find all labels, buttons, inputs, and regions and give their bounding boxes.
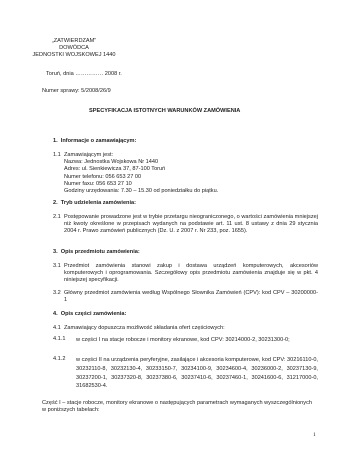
contact-hours: Godziny urzędowania: 7.30 – 15.30 od pon… <box>64 188 218 195</box>
paragraph-num-4-1-2: 4.1.2 <box>53 356 65 363</box>
paragraph-num-3-1: 3.1 <box>53 263 61 270</box>
section-heading-2: 2. Tryb udzielenia zamówienia: <box>53 200 136 207</box>
section-heading-1: 1. Informacje o zamawiającym: <box>53 138 136 145</box>
paragraph-num-3-2: 3.2 <box>53 290 61 297</box>
case-number: Numer sprawy: 5/2008/26/9 <box>42 88 111 95</box>
paragraph-2-1: Postępowanie prowadzone jest w trybie pr… <box>64 214 318 236</box>
paragraph-3-1: Przedmiot zamówienia stanowi zakup i dos… <box>64 263 318 285</box>
contact-name: Nazwa: Jednostka Wojskowa Nr 1440 <box>64 159 218 166</box>
approval-block: „ZATWIERDZAM” DOWÓDCA JEDNOSTKI WOJSKOWE… <box>30 38 118 60</box>
place-date: Toruń, dnia …………… 2008 r. <box>46 71 122 78</box>
contact-line: Zamawiającym jest: <box>64 152 218 159</box>
part-1-intro: Część I – stacje robocze, monitory ekran… <box>42 400 312 414</box>
paragraph-num-4-1: 4.1 <box>53 325 61 332</box>
document-title: SPECYFIKACJA ISTOTNYCH WARUNKÓW ZAMÓWIEN… <box>89 108 240 115</box>
page-number: 1 <box>313 432 316 439</box>
paragraph-num-1-1: 1.1 <box>53 152 61 159</box>
contact-phone: Numer telefonu: 056 653 27 00 <box>64 174 218 181</box>
section-heading-3: 3. Opis przedmiotu zamówienia: <box>53 249 140 256</box>
paragraph-num-2-1: 2.1 <box>53 214 61 221</box>
approval-line: DOWÓDCA <box>30 45 118 52</box>
contact-info: Zamawiającym jest: Nazwa: Jednostka Wojs… <box>64 152 218 195</box>
approval-line: JEDNOSTKI WOJSKOWEJ 1440 <box>30 52 118 59</box>
paragraph-num-4-1-1: 4.1.1 <box>53 336 65 343</box>
paragraph-4-1-2: w części II na urządzenia peryferyjne, z… <box>76 356 318 391</box>
contact-address: Adres: ul. Sienkiewicza 37, 87-100 Toruń <box>64 166 218 173</box>
paragraph-4-1: Zamawiający dopuszcza możliwość składani… <box>64 325 225 332</box>
contact-fax: Numer faxu: 056 653 27 10 <box>64 181 218 188</box>
paragraph-3-2: Główny przedmiot zamówienia według Wspól… <box>64 290 318 304</box>
section-heading-4: 4. Opis części zamówienia: <box>53 311 126 318</box>
paragraph-4-1-1: w części I na stacje robocze i monitory … <box>76 336 318 345</box>
